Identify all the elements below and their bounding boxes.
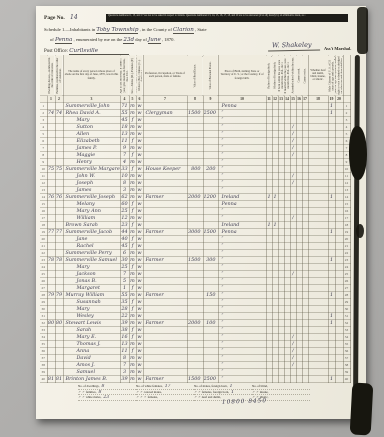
line-number: 29 <box>343 299 350 306</box>
cell-name: Susannah <box>63 299 120 306</box>
cell-pe <box>203 201 218 208</box>
cell-age: 62 <box>120 194 129 201</box>
census-row: 287979Murray William55mwFarmer150″128 <box>40 292 350 299</box>
cell-sx: f <box>129 299 136 306</box>
line-number: 21 <box>343 243 350 250</box>
cell-occ: Farmer <box>143 292 187 299</box>
cell-f <box>55 131 63 138</box>
cell-dw <box>47 243 55 250</box>
cell-pe <box>203 124 218 131</box>
cell-cl: w <box>136 299 143 306</box>
cell-age: 39 <box>120 376 129 383</box>
cell-cit <box>328 124 335 131</box>
cell-re <box>187 369 203 376</box>
cell-dw <box>47 145 55 152</box>
census-row: 15Melany60fwPenna15 <box>40 201 350 208</box>
cell-v20 <box>335 187 343 194</box>
cell-cl: w <box>136 229 143 236</box>
tally-label: 〃 〃 〃 females, <box>136 395 158 399</box>
cell-dw <box>47 348 55 355</box>
cell-occ: Farmer <box>143 320 187 327</box>
day-of-label: day of <box>135 37 147 42</box>
cell-cit: 1 <box>328 292 335 299</box>
cell-re <box>187 103 203 110</box>
cell-pe <box>203 180 218 187</box>
cell-name: Joseph <box>63 180 120 187</box>
cell-f: 76 <box>55 194 63 201</box>
cell-bp: Ireland <box>218 194 266 201</box>
cell-cl: w <box>136 257 143 264</box>
cell-dw <box>47 152 55 159</box>
cell-name: Summerville John <box>63 103 120 110</box>
cell-age: 55 <box>120 292 129 299</box>
cell-age: 11 <box>120 138 129 145</box>
cell-cit <box>328 341 335 348</box>
cell-cl: w <box>136 215 143 222</box>
cell-dd <box>308 271 328 278</box>
cell-v20 <box>335 222 343 229</box>
census-row: 24Mary25fw″24 <box>40 264 350 271</box>
tally-label: 〃 〃 females, foreign born, <box>194 390 229 394</box>
cell-cl: w <box>136 376 143 383</box>
cell-f: 79 <box>55 292 63 299</box>
cell-re <box>187 271 203 278</box>
cell-pe <box>203 278 218 285</box>
cell-v20 <box>335 271 343 278</box>
cell-dd <box>308 145 328 152</box>
cell-re <box>187 138 203 145</box>
cell-name: James <box>63 187 120 194</box>
cell-v20 <box>335 369 343 376</box>
column-header-19: Male Citizens of U. S. of 21 years of ag… <box>328 55 335 96</box>
cell-age: 13 <box>120 131 129 138</box>
cell-bp: ″ <box>218 327 266 334</box>
cell-age: 39 <box>120 320 129 327</box>
tally-value <box>268 384 270 389</box>
cell-cit <box>328 250 335 257</box>
cell-f: 74 <box>55 110 63 117</box>
cell-pe <box>203 208 218 215</box>
cell-cit <box>328 327 335 334</box>
cell-occ <box>143 299 187 306</box>
cell-sx: m <box>129 194 136 201</box>
cell-cit <box>328 145 335 152</box>
cell-pe <box>203 369 218 376</box>
column-number: 10 <box>218 96 266 103</box>
cell-bp: ″ <box>218 362 266 369</box>
cell-age: 40 <box>120 236 129 243</box>
cell-age: 12 <box>120 215 129 222</box>
cell-pe <box>203 264 218 271</box>
cell-re <box>187 117 203 124</box>
cell-dd <box>308 257 328 264</box>
cell-pe: 1200 <box>203 194 218 201</box>
cell-occ <box>143 278 187 285</box>
cell-dd <box>308 124 328 131</box>
column-header-3: The name of every person whose place of … <box>63 55 120 96</box>
cell-dd <box>308 285 328 292</box>
cell-cl: w <box>136 313 143 320</box>
state-label: , State <box>195 27 206 32</box>
cell-re <box>187 334 203 341</box>
cell-cl: w <box>136 243 143 250</box>
cell-v20 <box>335 320 343 327</box>
cell-f <box>55 306 63 313</box>
line-number: 19 <box>40 229 47 236</box>
cell-age: 4 <box>120 159 129 166</box>
cell-cl: w <box>136 138 143 145</box>
column-number-row: 1234567891011121314151617181920 <box>40 96 350 103</box>
cell-f <box>55 124 63 131</box>
cell-name: Maggie <box>63 152 120 159</box>
tally-value: 8 <box>99 384 104 389</box>
cell-name: Sarah <box>63 327 120 334</box>
cell-f <box>55 215 63 222</box>
cell-name: James P. <box>63 145 120 152</box>
cell-re <box>187 306 203 313</box>
cell-bp: ″ <box>218 278 266 285</box>
cell-bp: ″ <box>218 215 266 222</box>
cell-sx: m <box>129 362 136 369</box>
cell-cl: w <box>136 145 143 152</box>
cell-name: Mary <box>63 264 120 271</box>
cell-name: Summerville Joseph <box>63 194 120 201</box>
cell-occ <box>143 215 187 222</box>
cell-name: Margaret <box>63 285 120 292</box>
cell-pe <box>203 131 218 138</box>
cell-dw <box>47 208 55 215</box>
cell-sx: m <box>129 173 136 180</box>
cell-bp: ″ <box>218 292 266 299</box>
cell-name: Anna <box>63 348 120 355</box>
tally-value: 17 <box>163 384 171 389</box>
column-header-17: Cannot write. <box>302 55 308 96</box>
cell-f <box>55 145 63 152</box>
cell-sx: m <box>129 341 136 348</box>
column-number: 18 <box>308 96 328 103</box>
cell-pe <box>203 271 218 278</box>
census-sheet: Page No. 14 Questions numbered 1, 13, an… <box>36 6 366 419</box>
cell-v20 <box>335 166 343 173</box>
census-row: 11John W.10mw″/11 <box>40 173 350 180</box>
tally-cell: 〃 〃 white males,23 <box>78 395 136 401</box>
cell-bp: ″ <box>218 355 266 362</box>
column-header-4: Age at last birth-day. If under 1 year, … <box>120 55 129 96</box>
cell-bp: ″ <box>218 243 266 250</box>
column-number: 1 <box>47 96 55 103</box>
column-header-6: Color.—White (W.), Black (B.), Mulatto (… <box>136 55 143 96</box>
cell-dw <box>47 278 55 285</box>
line-number: 8 <box>40 152 47 159</box>
census-row: 12Joseph8mw″/12 <box>40 180 350 187</box>
line-number: 31 <box>40 313 47 320</box>
cell-dw <box>47 159 55 166</box>
cell-age: 8 <box>120 180 129 187</box>
line-number: 10 <box>40 166 47 173</box>
line-number: 11 <box>40 173 47 180</box>
cell-dw: 75 <box>47 166 55 173</box>
cell-f <box>55 341 63 348</box>
cell-name: Allen <box>63 131 120 138</box>
tally-value: 1 <box>229 390 234 395</box>
cell-age: 13 <box>120 341 129 348</box>
cell-cl: w <box>136 201 143 208</box>
cell-sx: f <box>129 222 136 229</box>
cell-sx: f <box>129 236 136 243</box>
cell-f <box>55 369 63 376</box>
cell-f <box>55 187 63 194</box>
cell-bp: ″ <box>218 208 266 215</box>
line-number: 35 <box>343 341 350 348</box>
cell-cit <box>328 131 335 138</box>
cell-age: 45 <box>120 243 129 250</box>
cell-f <box>55 138 63 145</box>
cell-cl: w <box>136 152 143 159</box>
cell-occ <box>143 334 187 341</box>
cell-re: 1500 <box>187 376 203 383</box>
cell-dd <box>308 334 328 341</box>
cell-v20 <box>335 159 343 166</box>
cell-age: 16 <box>120 334 129 341</box>
cell-cit <box>328 187 335 194</box>
column-number: 19 <box>328 96 335 103</box>
line-number: 2 <box>40 110 47 117</box>
cell-sx: m <box>129 159 136 166</box>
cell-occ <box>143 348 187 355</box>
census-row: 39Samuel3mw″39 <box>40 369 350 376</box>
tally-label: No. of blind, <box>252 384 268 388</box>
cell-name: Rhea David A. <box>63 110 120 117</box>
cell-pe <box>203 145 218 152</box>
cell-f <box>55 271 63 278</box>
census-row: 29Susannah35fw″29 <box>40 299 350 306</box>
cell-dw <box>47 306 55 313</box>
cell-re <box>187 180 203 187</box>
cell-occ <box>143 313 187 320</box>
census-row: 38Amos J.7mw″/38 <box>40 362 350 369</box>
cell-sx: f <box>129 348 136 355</box>
cell-f <box>55 355 63 362</box>
cell-cl: w <box>136 222 143 229</box>
cell-bp: ″ <box>218 173 266 180</box>
cell-re <box>187 152 203 159</box>
line-number: 5 <box>343 131 350 138</box>
cell-dd <box>308 159 328 166</box>
cell-cit <box>328 334 335 341</box>
census-row: 31Wesley22mw″131 <box>40 313 350 320</box>
cell-occ <box>143 243 187 250</box>
day-handwritten: 23d <box>123 37 134 43</box>
cell-dw: 76 <box>47 194 55 201</box>
cell-bp: ″ <box>218 152 266 159</box>
enumerated-label: , enumerated by me on the <box>74 37 123 42</box>
line-number: 9 <box>40 159 47 166</box>
tally-label: No. of dwellings, <box>78 384 99 388</box>
schedule-prefix: Schedule 1.—Inhabitants in <box>44 27 95 32</box>
cell-cl: w <box>136 292 143 299</box>
tally-value: 1 <box>228 384 233 389</box>
cell-dd <box>308 306 328 313</box>
cell-occ <box>143 222 187 229</box>
column-header-18: Whether deaf and dumb, blind, insane, or… <box>308 55 328 96</box>
cell-cit: 1 <box>328 110 335 117</box>
cell-sx: f <box>129 285 136 292</box>
cell-pe <box>203 348 218 355</box>
cell-cl: w <box>136 194 143 201</box>
line-number: 15 <box>343 201 350 208</box>
cell-cit <box>328 271 335 278</box>
cell-pe: 2500 <box>203 376 218 383</box>
enumeration-line: of Penna , enumerated by me on the 23d d… <box>50 37 175 44</box>
line-number: 25 <box>40 271 47 278</box>
cell-bp: Penna <box>218 103 266 110</box>
cell-age: 3 <box>120 369 129 376</box>
tally-value <box>268 395 270 400</box>
cell-v20 <box>335 138 343 145</box>
cell-pe <box>203 103 218 110</box>
cell-pe <box>203 355 218 362</box>
cell-name: Elizabeth <box>63 138 120 145</box>
cell-dd <box>308 369 328 376</box>
cell-dd <box>308 299 328 306</box>
cell-dw <box>47 341 55 348</box>
cell-pe <box>203 152 218 159</box>
cell-f <box>55 236 63 243</box>
cell-name: Thomas J. <box>63 341 120 348</box>
cell-v20 <box>335 285 343 292</box>
cell-cl: w <box>136 341 143 348</box>
cell-re <box>187 341 203 348</box>
cell-v20 <box>335 327 343 334</box>
line-number: 14 <box>40 194 47 201</box>
cell-dd <box>308 166 328 173</box>
line-number: 28 <box>40 292 47 299</box>
census-table-head: Dwelling-houses—numbered in the order of… <box>40 55 350 103</box>
cell-dw <box>47 215 55 222</box>
cell-cit <box>328 369 335 376</box>
cell-age: 9 <box>120 145 129 152</box>
cell-occ <box>143 152 187 159</box>
post-office-handwritten: Curllsville <box>69 48 98 54</box>
state-of-label: of <box>50 37 54 42</box>
cell-occ <box>143 362 187 369</box>
cell-re <box>187 243 203 250</box>
column-header-row: Dwelling-houses—numbered in the order of… <box>40 55 350 96</box>
tally-label: No. of males, foreign born, <box>194 384 228 388</box>
cell-dd <box>308 103 328 110</box>
cell-cit: 1 <box>328 103 335 110</box>
cell-name: David <box>63 355 120 362</box>
line-number: 17 <box>40 215 47 222</box>
column-header-5: Sex.—Males (M.), Females (F.) <box>129 55 136 96</box>
locality-handwritten: Toby Township <box>96 27 138 33</box>
cell-pe <box>203 159 218 166</box>
census-row: 20Jane40fw″20 <box>40 236 350 243</box>
cell-cit <box>328 243 335 250</box>
line-number: 17 <box>343 215 350 222</box>
cell-f <box>55 222 63 229</box>
cell-sx: m <box>129 369 136 376</box>
cell-v20 <box>335 278 343 285</box>
cell-f: 78 <box>55 257 63 264</box>
cell-v20 <box>335 362 343 369</box>
cell-dw <box>47 124 55 131</box>
cell-re <box>187 355 203 362</box>
post-office-line: Post Office: Curllsville <box>44 48 129 55</box>
cell-age: 35 <box>120 299 129 306</box>
census-row: 21Rachel45fw″21 <box>40 243 350 250</box>
cell-re <box>187 201 203 208</box>
line-number: 19 <box>343 229 350 236</box>
cell-dw: 79 <box>47 292 55 299</box>
cell-cit: 1 <box>328 229 335 236</box>
cell-f: 81 <box>55 376 63 383</box>
census-row: 30Mary28fw″30 <box>40 306 350 313</box>
cell-occ <box>143 201 187 208</box>
cell-re: 2000 <box>187 194 203 201</box>
cell-v20 <box>335 299 343 306</box>
cell-dd <box>308 320 328 327</box>
cell-sx: f <box>129 306 136 313</box>
cell-f <box>55 264 63 271</box>
cell-dw <box>47 362 55 369</box>
cell-re: 2000 <box>187 320 203 327</box>
cell-pe <box>203 327 218 334</box>
cell-sx: f <box>129 117 136 124</box>
cell-cl: w <box>136 320 143 327</box>
cell-name: Samuel <box>63 369 120 376</box>
census-row: 7James P.9mw″/7 <box>40 145 350 152</box>
cell-bp: Penna <box>218 201 266 208</box>
cell-age: 25 <box>120 208 129 215</box>
cell-cl: w <box>136 187 143 194</box>
tally-value <box>158 395 160 400</box>
cell-occ <box>143 369 187 376</box>
cell-sx: f <box>129 166 136 173</box>
line-number: 35 <box>40 341 47 348</box>
cell-pe <box>203 341 218 348</box>
cell-cl: w <box>136 117 143 124</box>
cell-name: Amos J. <box>63 362 120 369</box>
cell-occ <box>143 180 187 187</box>
line-number: 24 <box>343 264 350 271</box>
page-tallies: No. of dwellings,8No. of white females,1… <box>78 384 310 401</box>
cell-name: Jane <box>63 236 120 243</box>
cell-name: Murray William <box>63 292 120 299</box>
census-row: 107575Summerville Margaret33fwHouse Keep… <box>40 166 350 173</box>
cell-sx: m <box>129 271 136 278</box>
line-number: 11 <box>343 173 350 180</box>
cell-dw <box>47 299 55 306</box>
cell-v20 <box>335 124 343 131</box>
line-number: 25 <box>343 271 350 278</box>
cell-sx: m <box>129 355 136 362</box>
line-number: 27 <box>40 285 47 292</box>
cell-re <box>187 299 203 306</box>
cell-occ <box>143 285 187 292</box>
cell-v20 <box>335 250 343 257</box>
line-number: 14 <box>343 194 350 201</box>
cell-re <box>187 145 203 152</box>
cell-bp: ″ <box>218 334 266 341</box>
cell-age: 22 <box>120 313 129 320</box>
marshal-label: Ass't Marshal. <box>324 46 351 51</box>
cell-pe <box>203 306 218 313</box>
cell-cit <box>328 117 335 124</box>
cell-v20 <box>335 145 343 152</box>
cell-dd <box>308 376 328 383</box>
line-number: 36 <box>343 348 350 355</box>
